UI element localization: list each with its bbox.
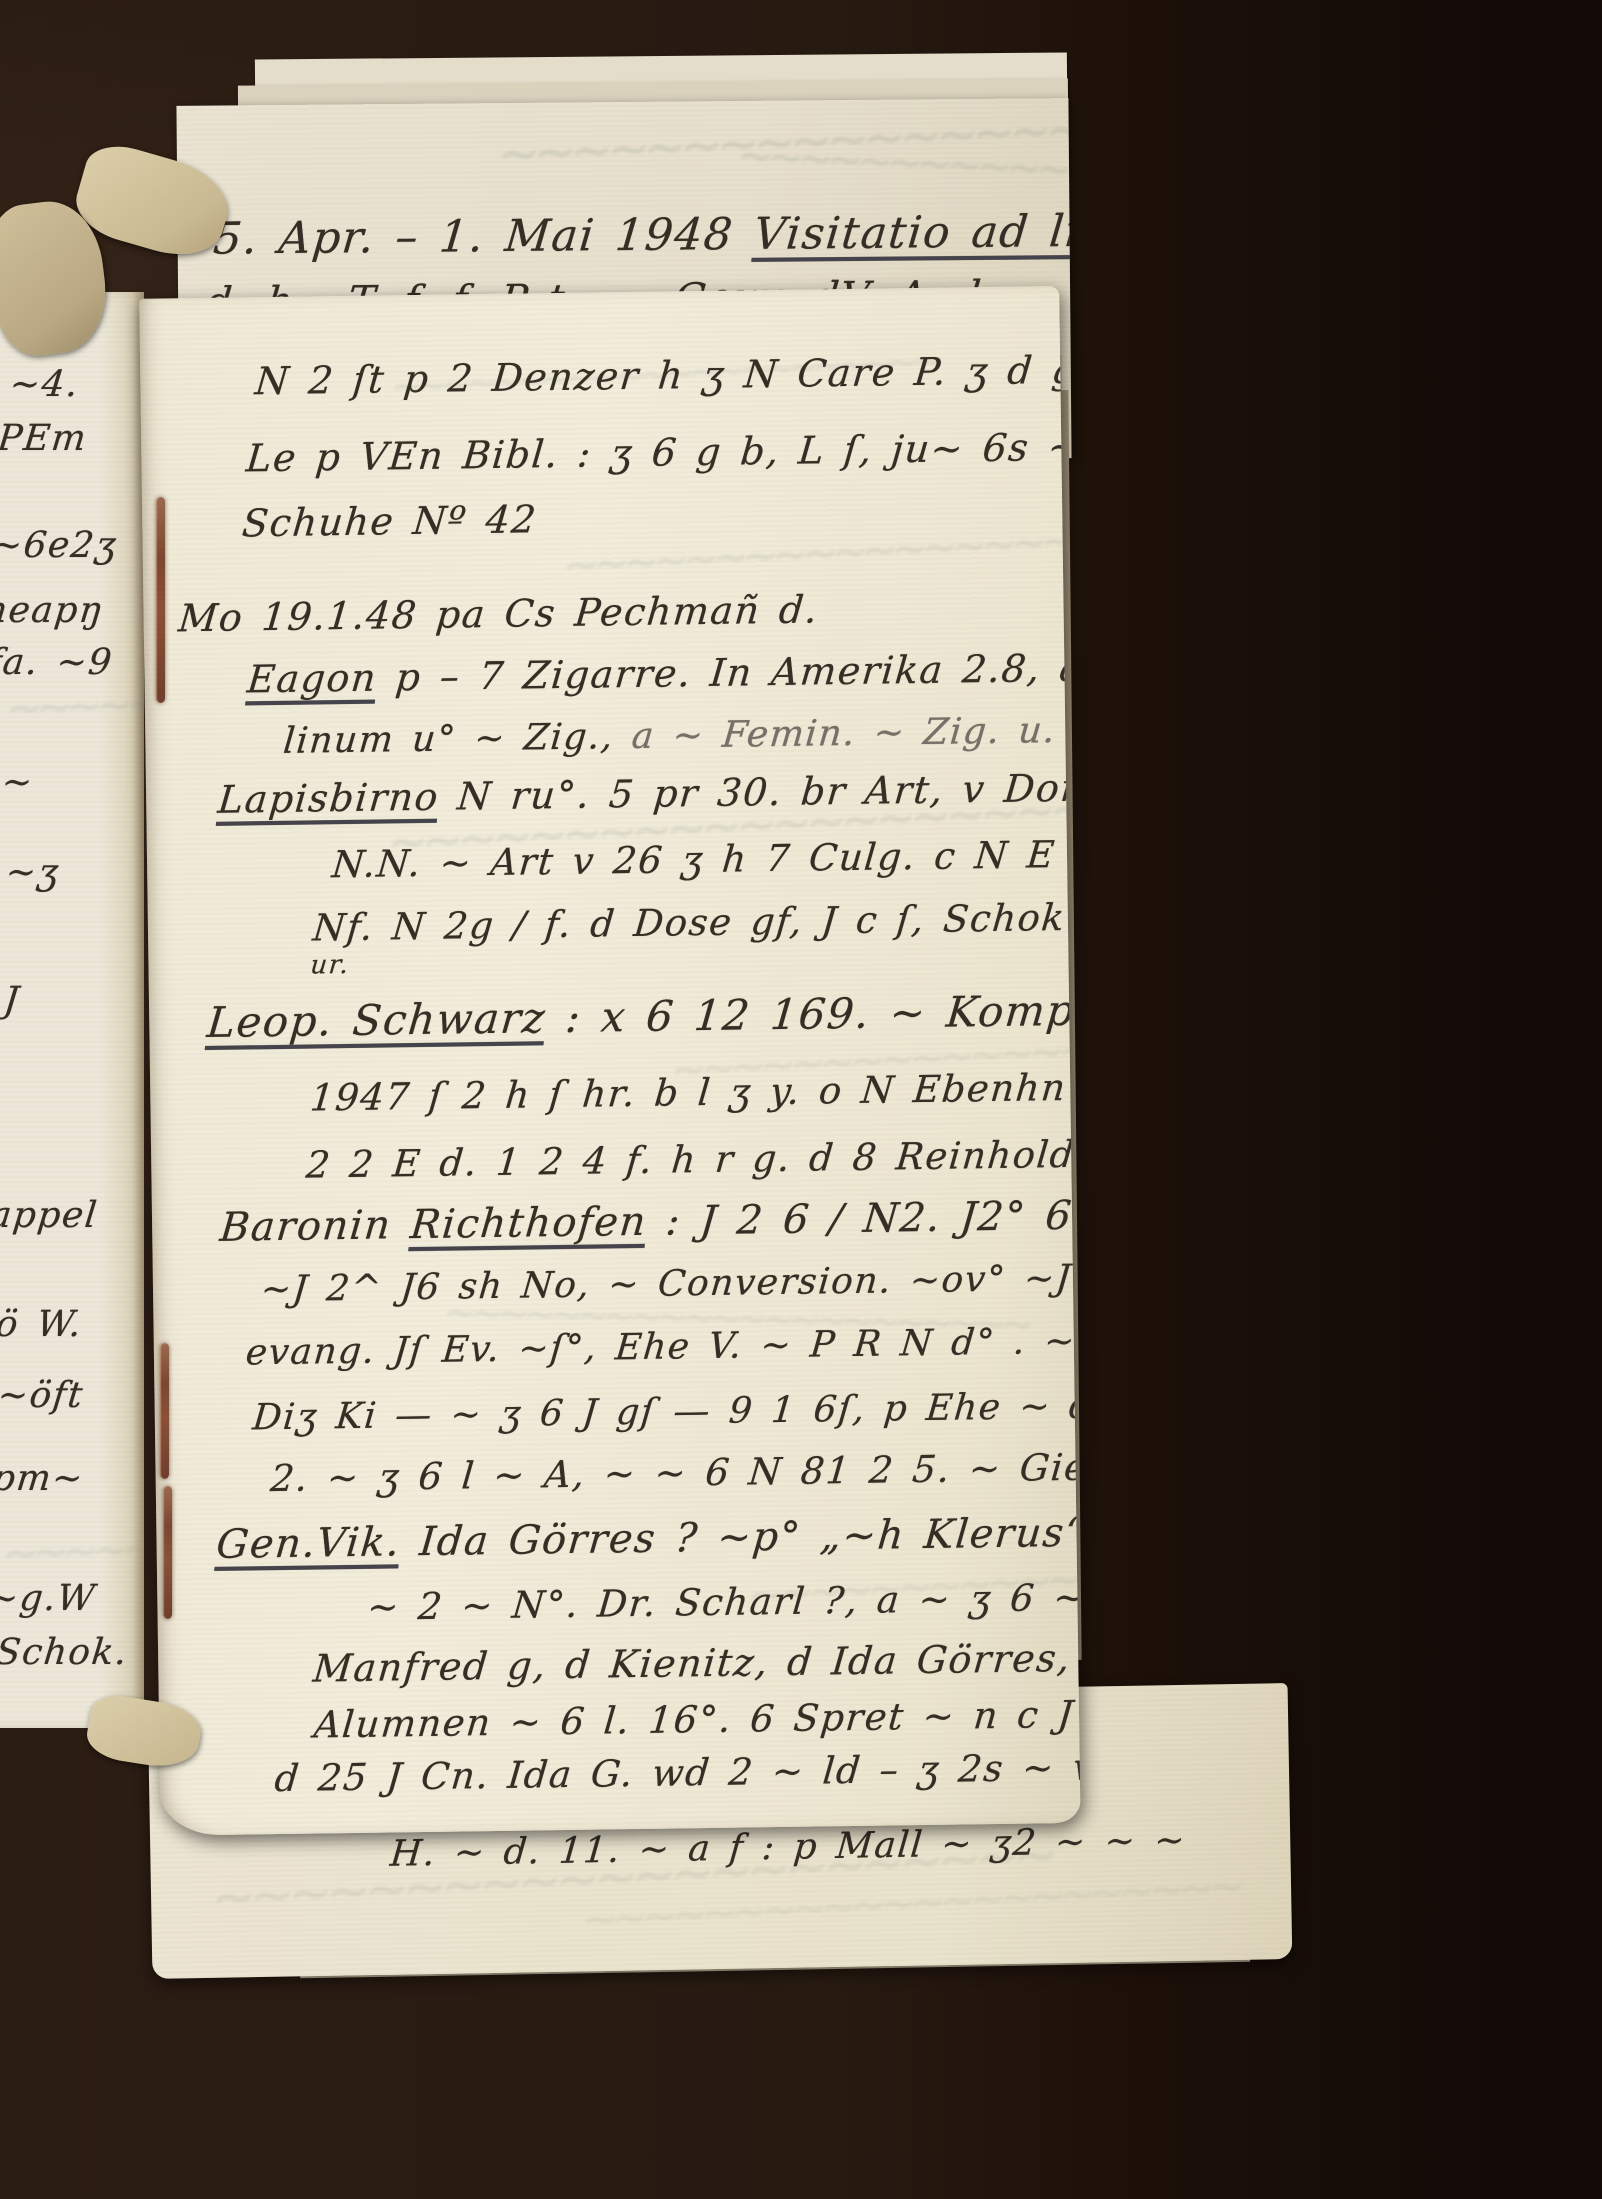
- handwriting-line: Schuhe Nº 42: [240, 497, 539, 545]
- handwriting-line: Lapisbirno N ru°. 5 pr 30. br Art, v Dor…: [216, 764, 1080, 822]
- handwriting-text: Schuhe Nº 42: [240, 497, 539, 545]
- handwriting-text: Diʒ Ki — ~ ʒ 6 J gſ — 9 1 6ſ, p Ehe ~ d …: [251, 1381, 1081, 1439]
- handwriting-line: linum u° ~ Zig., a ~ Femin. ~ Zig. u.: [281, 710, 1058, 762]
- handwriting-line: neapŋ: [0, 590, 106, 631]
- handwriting-text: ~ 2 ~ N°. Dr. Scharl ?, a ~ ʒ 6 ~. ~ b°,…: [365, 1572, 1080, 1628]
- bleedthrough-mark: ~~~~~~~~~~~~~~~~~~~~~~: [496, 98, 1072, 185]
- handwriting-text: Ida Görres ? ~p° „~h Klerus“ g, 1 2 ſo~: [398, 1506, 1080, 1565]
- handwriting-text: linum u° ~ Zig.,: [281, 716, 633, 762]
- handwriting-line: ~: [0, 762, 36, 803]
- handwriting-line: ur.: [309, 950, 351, 981]
- handwriting-text: p – 7 Zigarre. In Amerika 2.8, a ~ Mascu…: [375, 643, 1080, 700]
- handwriting-text: ~ʒ: [4, 852, 62, 893]
- handwriting-text: ~J 2^ J6 sh No, ~ Conversion. ~ov° ~J6 ~…: [259, 1255, 1080, 1310]
- handwriting-text: 5. Apr. – 1. Mai 1948: [211, 209, 756, 265]
- handwriting-text: Alumnen ~ 6 l. 16°. 6 Spret ~ n c J J. S…: [312, 1690, 1080, 1746]
- handwriting-underlined-heading: Lapisbirno: [216, 775, 441, 822]
- handwriting-line: J: [2, 980, 22, 1021]
- handwriting-line: Le p VEn Bibl. : ʒ 6 g b, L ſ, ju~ 6s ~ …: [244, 423, 1080, 480]
- handwriting-line: 1947 ſ 2 h ſ hr. b l ʒ y. o N Ebenhn c ~…: [308, 1063, 1080, 1119]
- handwriting-text: appel: [0, 1195, 100, 1236]
- handwriting-text: Nf. N 2g / f. d Dose gf, J c ſ, Schok ~: [311, 895, 1081, 949]
- handwriting-line: Baronin Richthofen : J 2 6 / N2. J2° 6 d…: [218, 1192, 1080, 1251]
- handwriting-line: N.N. ~ Art v 26 ʒ h 7 Culg. c N E 2 ſ, N…: [330, 831, 1080, 887]
- handwriting-line: N 2 ſt p 2 Denzer h ʒ N Care P. ʒ d g, —: [253, 347, 1080, 404]
- handwriting-underlined-heading: Eagon: [245, 656, 379, 702]
- binding-stitch: [156, 497, 165, 703]
- paper-texture: [0, 292, 144, 1728]
- handwriting-text: : x 6 12 169. ~ Kompl. iſ 1 d g,: [544, 982, 1081, 1042]
- bleedthrough-mark: ~~~~~~~~~~~~~~~~~~~~~~: [1, 1506, 144, 1580]
- binding-stitch: [160, 1343, 169, 1479]
- handwriting-line: 2 2 E d. 1 2 4 f. h r g. d 8 Reinholde.: [304, 1132, 1080, 1186]
- handwriting-text: evang. Jſ Ev. ~ſ°, Ehe V. ~ P R N d° . ~…: [244, 1319, 1081, 1374]
- main-page: ~~~~~~~~~~~~~~~~~~~~~~ ~~~~~~~~~~~~~~~~~…: [139, 286, 1080, 1836]
- handwriting-line: Nf. N 2g / f. d Dose gf, J c ſ, Schok ~: [311, 895, 1081, 949]
- handwriting-line: Diʒ Ki — ~ ʒ 6 J gſ — 9 1 6ſ, p Ehe ~ d …: [251, 1381, 1081, 1439]
- bleedthrough-mark: ~~~~~~~~~~~~~~~~~~~~~~: [580, 1861, 1239, 1946]
- handwriting-text: N ru°. 5 pr 30. br Art, v Dorfen. Ed: [437, 764, 1081, 819]
- handwriting-text: ö W.: [0, 1304, 84, 1345]
- handwriting-text: N 2 ſt p 2 Denzer h ʒ N Care P. ʒ d g, —: [253, 347, 1080, 404]
- handwriting-text: : J 2 6 / N2. J2° 6 ds: [645, 1192, 1081, 1245]
- handwriting-text: d 25 J Cn. Ida G. wd 2 ~ ld – ʒ 2s ~ v°.: [273, 1745, 1081, 1800]
- handwriting-text: PEm: [0, 418, 89, 459]
- handwriting-line: d 25 J Cn. Ida G. wd 2 ~ ld – ʒ 2s ~ v°.: [273, 1745, 1081, 1800]
- handwriting-line: Alumnen ~ 6 l. 16°. 6 Spret ~ n c J J. S…: [312, 1690, 1080, 1746]
- handwriting-text: Schok.: [0, 1632, 130, 1673]
- handwriting-line: ~ʒ: [4, 852, 62, 893]
- handwriting-line: PEm: [0, 418, 89, 459]
- handwriting-text: Mo 19.1.48 pa Cs Pechmañ d.: [177, 587, 821, 640]
- handwriting-underlined-heading: Leop. Schwarz: [205, 993, 548, 1047]
- bleedthrough-mark: ~~~~~~~~~~~~~~~~~~~~~~: [562, 508, 1081, 591]
- handwriting-text: fa. ~9: [0, 642, 115, 683]
- handwriting-text: ~6e2ʒ: [0, 525, 119, 566]
- handwriting-text: neapŋ: [0, 590, 106, 631]
- handwriting-text: 2 2 E d. 1 2 4 f. h r g. d 8 Reinholde.: [304, 1132, 1080, 1186]
- handwriting-text: 2. ~ ʒ 6 l ~ A, ~ ~ 6 N 81 2 5. ~ Giebel…: [269, 1443, 1081, 1500]
- handwriting-text: N.N. ~ Art v 26 ʒ h 7 Culg. c N E 2 ſ, N…: [330, 831, 1080, 887]
- handwriting-line: pm~: [0, 1458, 86, 1499]
- handwriting-line: Mo 19.1.48 pa Cs Pechmañ d.: [177, 587, 821, 640]
- handwriting-line: ~6e2ʒ: [0, 525, 119, 566]
- handwriting-underlined-heading: Visitatio ad limina.: [751, 205, 1071, 260]
- left-facing-page: ~~~~~~~~~~~~~~~~~~~~~~ ~~~~~~~~~~~~~~~~~…: [0, 292, 144, 1728]
- handwriting-underlined-heading: Gen.Vik.: [214, 1519, 402, 1568]
- handwriting-line: Leop. Schwarz : x 6 12 169. ~ Kompl. iſ …: [205, 982, 1080, 1047]
- handwriting-text: Manfred g, d Kienitz, d Ida Görres, d: [311, 1635, 1080, 1690]
- handwriting-text: ~: [0, 762, 36, 803]
- handwriting-line: 2. ~ ʒ 6 l ~ A, ~ ~ 6 N 81 2 5. ~ Giebel…: [269, 1443, 1081, 1500]
- handwriting-text: Baronin: [218, 1202, 413, 1251]
- handwriting-line: evang. Jſ Ev. ~ſ°, Ehe V. ~ P R N d° . ~…: [244, 1319, 1081, 1374]
- binding-stitch: [163, 1486, 172, 1619]
- handwriting-text: ~g.W: [0, 1578, 98, 1619]
- handwriting-text: ~4.: [8, 364, 81, 405]
- handwriting-line: ~J 2^ J6 sh No, ~ Conversion. ~ov° ~J6 ~…: [259, 1255, 1080, 1310]
- handwriting-text: ~öft: [0, 1375, 86, 1416]
- handwriting-text: a ~ Femin. ~ Zig. u.: [630, 710, 1058, 757]
- handwriting-line: fa. ~9: [0, 642, 115, 683]
- handwriting-text: J: [2, 980, 22, 1021]
- bleedthrough-mark: ~~~~~~~~~~~~~~~~~~~~~~: [736, 130, 1071, 210]
- handwriting-line: ~öft: [0, 1375, 86, 1416]
- handwriting-line: Manfred g, d Kienitz, d Ida Görres, d: [311, 1635, 1080, 1690]
- handwriting-line: Eagon p – 7 Zigarre. In Amerika 2.8, a ~…: [245, 643, 1080, 702]
- handwriting-line: ~4.: [8, 364, 81, 405]
- photographed-notebook-scene: ~~~~~~~~~~~~~~~~~~~~~~ ~~~~~~~~~~~~~~~~~…: [0, 0, 1602, 2199]
- handwriting-text: pm~: [0, 1458, 86, 1499]
- handwriting-line: ~g.W: [0, 1578, 98, 1619]
- handwriting-text: ur.: [309, 950, 351, 981]
- handwriting-text: 1947 ſ 2 h ſ hr. b l ʒ y. o N Ebenhn c ~…: [308, 1063, 1080, 1119]
- handwriting-underlined-heading: Richthofen: [409, 1199, 649, 1248]
- handwriting-line: ~ 2 ~ N°. Dr. Scharl ?, a ~ ʒ 6 ~. ~ b°,…: [365, 1572, 1080, 1628]
- handwriting-line: Schok.: [0, 1632, 130, 1673]
- handwriting-text: Le p VEn Bibl. : ʒ 6 g b, L ſ, ju~ 6s ~ …: [244, 423, 1080, 480]
- handwriting-line: ö W.: [0, 1304, 84, 1345]
- handwriting-line: 5. Apr. – 1. Mai 1948 Visitatio ad limin…: [211, 204, 1071, 265]
- handwriting-line: Gen.Vik. Ida Görres ? ~p° „~h Klerus“ g,…: [214, 1506, 1080, 1568]
- handwriting-line: appel: [0, 1195, 100, 1236]
